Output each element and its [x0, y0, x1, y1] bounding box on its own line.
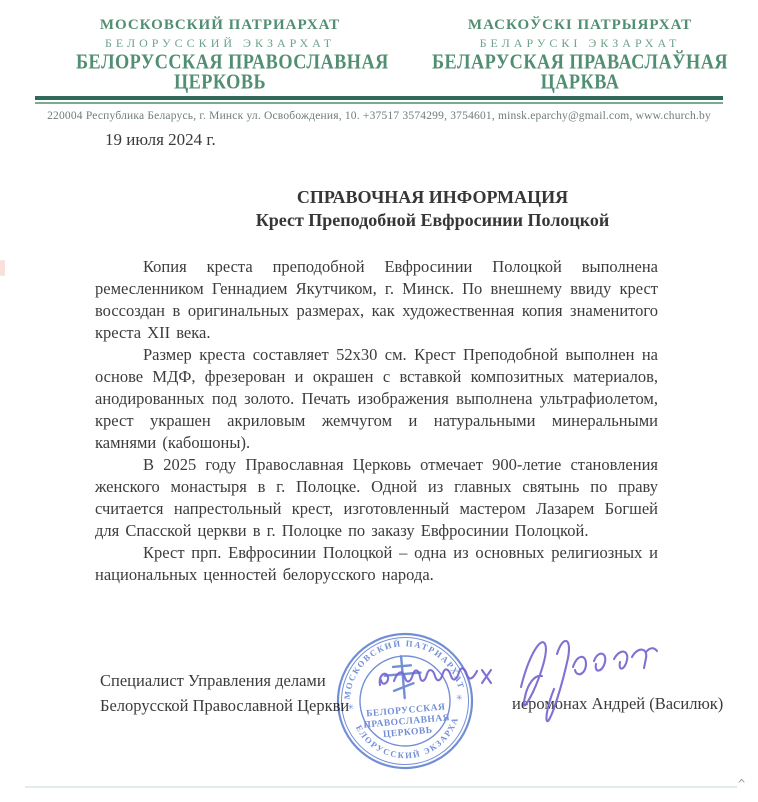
paragraph: Размер креста составляет 52х30 см. Крест…	[95, 344, 658, 454]
scan-artifact-line	[25, 786, 737, 788]
letterhead-left-line4: ЦЕРКОВЬ	[76, 72, 364, 94]
paragraph: Крест прп. Евфросинии Полоцкой – одна из…	[95, 542, 658, 586]
letterhead-left: МОСКОВСКИЙ ПАТРИАРХАТ БЕЛОРУССКИЙ ЭКЗАРХ…	[70, 18, 370, 93]
separator-bar-light	[35, 102, 723, 104]
signer-role-line1: Специалист Управления делами	[100, 668, 349, 693]
signature-svg	[358, 623, 658, 733]
signer-role-line2: Белорусской Православной Церкви	[100, 693, 349, 718]
paragraph: Копия креста преподобной Евфросинии Поло…	[95, 256, 658, 344]
letterhead-left-line2: БЕЛОРУССКИЙ ЭКЗАРХАТ	[70, 37, 370, 50]
letterhead-right-line1: МАСКОЎСКІ ПАТРЫЯРХАТ	[425, 18, 735, 34]
document-page: МОСКОВСКИЙ ПАТРИАРХАТ БЕЛОРУССКИЙ ЭКЗАРХ…	[0, 0, 758, 802]
paragraph: В 2025 году Православная Церковь отмечае…	[95, 454, 658, 542]
document-title-block: СПРАВОЧНАЯ ИНФОРМАЦИЯ Крест Преподобной …	[205, 186, 660, 232]
scan-artifact-caret: ^	[738, 777, 745, 791]
document-body: Копия креста преподобной Евфросинии Поло…	[95, 256, 658, 586]
signer-role: Специалист Управления делами Белорусской…	[100, 668, 349, 718]
letterhead-right: МАСКОЎСКІ ПАТРЫЯРХАТ БЕЛАРУСКІ ЭКЗАРХАТ …	[425, 18, 735, 93]
document-title: СПРАВОЧНАЯ ИНФОРМАЦИЯ	[205, 186, 660, 209]
document-date: 19 июля 2024 г.	[105, 130, 216, 150]
separator-bar-dark	[35, 96, 723, 100]
letterhead-right-line4: ЦАРКВА	[431, 72, 729, 94]
header-separator	[35, 96, 723, 104]
letterhead-right-line2: БЕЛАРУСКІ ЭКЗАРХАТ	[425, 37, 735, 50]
scan-artifact-smudge	[0, 260, 5, 276]
letterhead-left-line1: МОСКОВСКИЙ ПАТРИАРХАТ	[70, 18, 370, 34]
stamp-separator-left: ✳	[347, 702, 355, 712]
handwritten-signature	[358, 623, 658, 733]
contact-line: 220004 Республика Беларусь, г. Минск ул.…	[0, 110, 758, 122]
document-subtitle: Крест Преподобной Евфросинии Полоцкой	[205, 209, 660, 232]
